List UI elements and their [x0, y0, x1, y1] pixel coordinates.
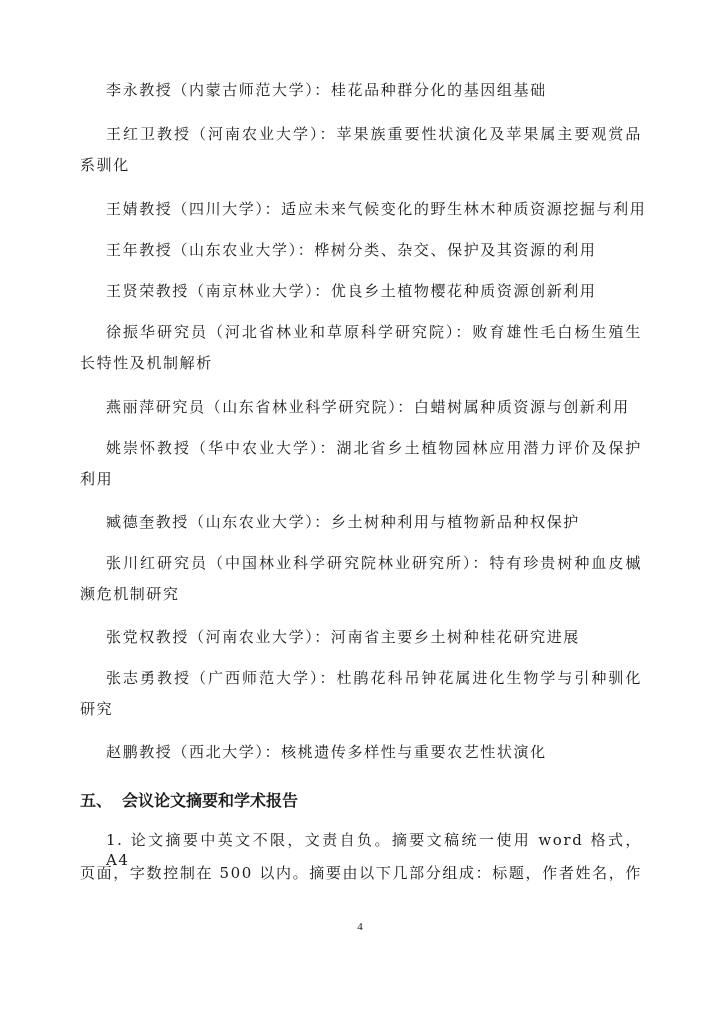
- speaker-entry-zhang-dangquan: 张党权教授（河南农业大学）：河南省主要乡土树种桂花研究进展: [80, 627, 668, 647]
- speaker-entry-zhao-peng: 赵鹏教授（西北大学）：核桃遗传多样性与重要农艺性状演化: [80, 742, 668, 762]
- speaker-entry-yan-liping: 燕丽萍研究员（山东省林业科学研究院）：白蜡树属种质资源与创新利用: [80, 397, 668, 417]
- speaker-entry-yao-chonghuai: 姚崇怀教授（华中农业大学）：湖北省乡土植物园林应用潜力评价及保护: [80, 438, 642, 458]
- paragraph-line-2: 页面，字数控制在 500 以内。摘要由以下几部分组成：标题，作者姓名，作: [80, 863, 642, 883]
- section-number: 五、: [80, 791, 122, 811]
- speaker-entry-wang-hongwei-cont: 系驯化: [80, 155, 642, 175]
- speaker-entry-zhang-zhiyong: 张志勇教授（广西师范大学）：杜鹃花科吊钟花属进化生物学与引种驯化: [80, 668, 642, 688]
- section-heading: 五、会议论文摘要和学术报告: [80, 791, 298, 811]
- speaker-entry-wang-xianrong: 王贤荣教授（南京林业大学）：优良乡土植物樱花种质资源创新利用: [80, 281, 668, 301]
- speaker-entry-wang-hongwei: 王红卫教授（河南农业大学）：苹果族重要性状演化及苹果属主要观赏品: [80, 124, 642, 144]
- section-title: 会议论文摘要和学术报告: [122, 791, 298, 810]
- speaker-entry-zhang-chuanhong-cont: 濒危机制研究: [80, 584, 642, 604]
- speaker-entry-wang-nian: 王年教授（山东农业大学）：桦树分类、杂交、保护及其资源的利用: [80, 240, 668, 260]
- speaker-entry-yao-chonghuai-cont: 利用: [80, 469, 642, 489]
- speaker-entry-zhang-zhiyong-cont: 研究: [80, 699, 642, 719]
- page-number: 4: [0, 921, 720, 933]
- speaker-entry-zang-dekui: 臧德奎教授（山东农业大学）：乡土树种利用与植物新品种权保护: [80, 512, 668, 532]
- speaker-entry-xu-zhenhua-cont: 长特性及机制解析: [80, 353, 642, 373]
- speaker-entry-li-yong: 李永教授（内蒙古师范大学）：桂花品种群分化的基因组基础: [80, 80, 668, 100]
- speaker-entry-zhang-chuanhong: 张川红研究员（中国林业科学研究院林业研究所）：特有珍贵树种血皮槭: [80, 553, 642, 573]
- speaker-entry-wang-jing: 王婧教授（四川大学）：适应未来气候变化的野生林木种质资源挖掘与利用: [80, 199, 668, 219]
- speaker-entry-xu-zhenhua: 徐振华研究员（河北省林业和草原科学研究院）：败育雄性毛白杨生殖生: [80, 322, 642, 342]
